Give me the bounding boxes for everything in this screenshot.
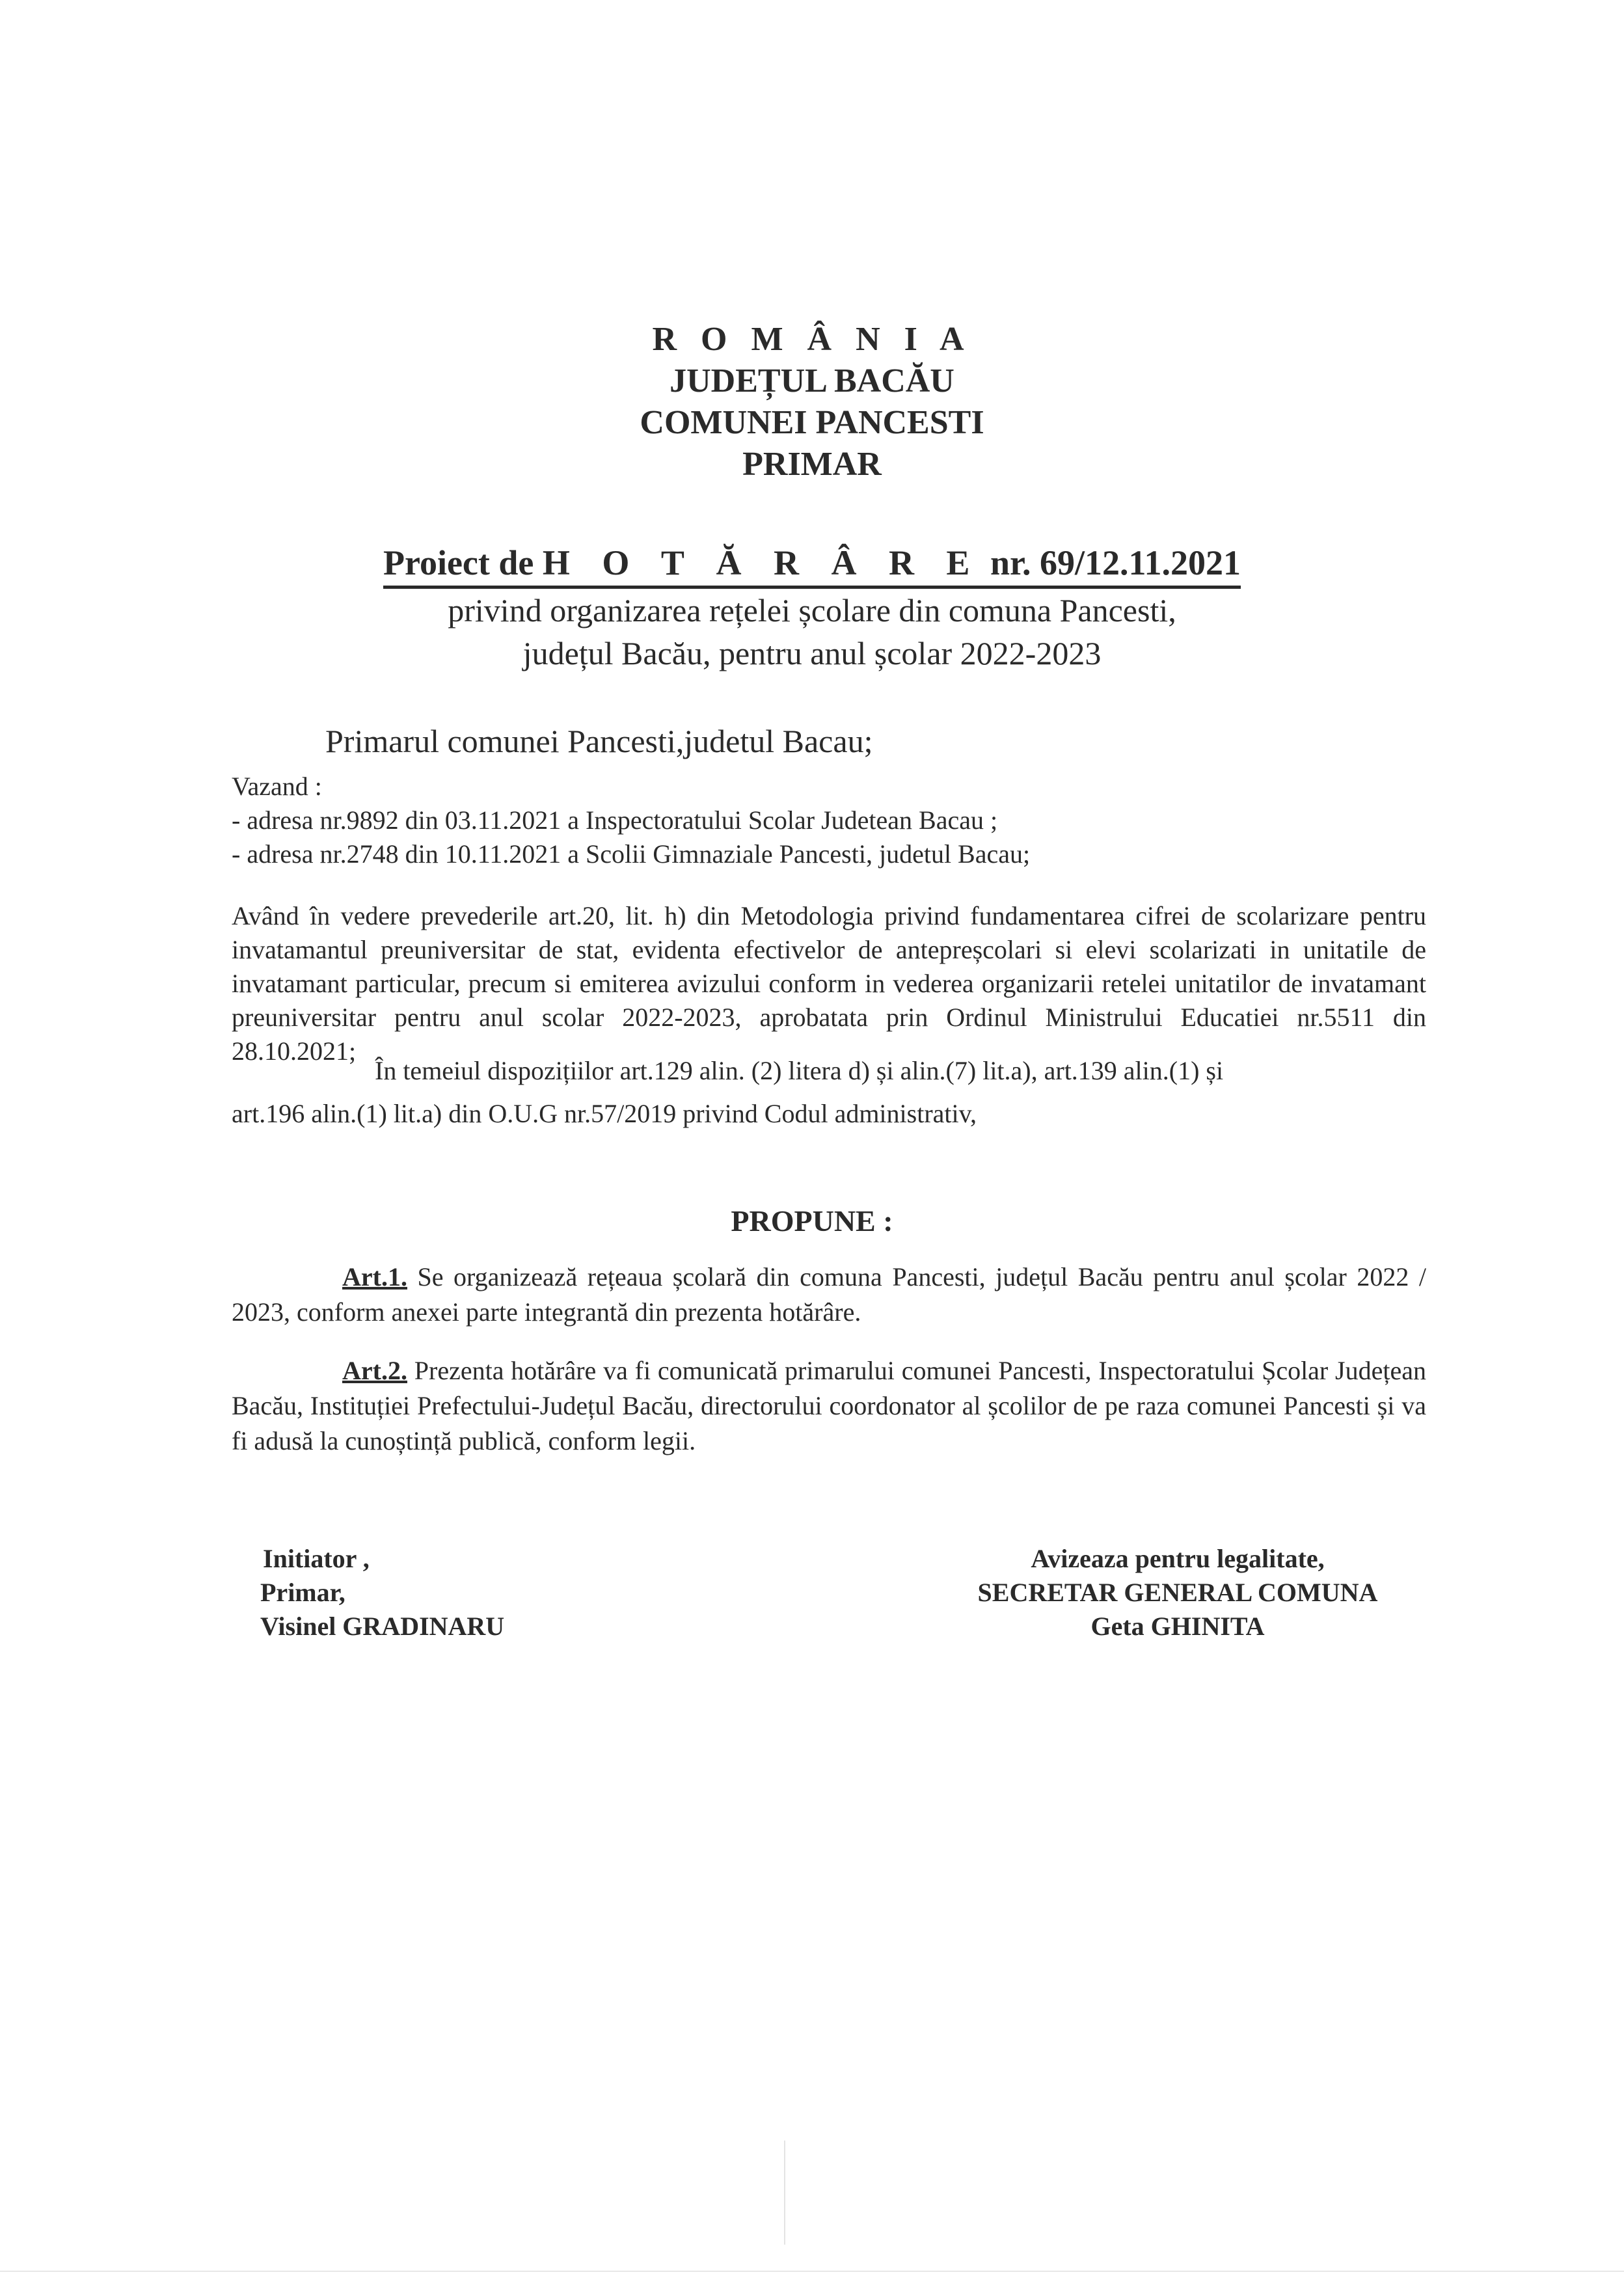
article-1: Art.1. Se organizează rețeaua școlară di… [232, 1260, 1426, 1330]
mayor-line: Primarul comunei Pancesti,judetul Bacau; [325, 722, 873, 760]
article-1-text: Se organizează rețeaua școlară din comun… [232, 1262, 1426, 1327]
temeiul-line-2: art.196 alin.(1) lit.a) din O.U.G nr.57/… [232, 1097, 1426, 1131]
signature-left-name: Visinel GRADINARU [260, 1610, 504, 1643]
subtitle-line-1: privind organizarea rețelei școlare din … [0, 589, 1624, 632]
scan-edge [0, 2271, 1624, 2272]
header-country: R O M Â N I A [0, 319, 1624, 360]
subtitle-line-2: județul Bacău, pentru anul școlar 2022-2… [0, 632, 1624, 675]
title-word: H O T Ă R Â R E [543, 543, 982, 582]
temeiul-line-1: În temeiul dispozițiilor art.129 alin. (… [232, 1054, 1426, 1088]
vazand-section: Vazand : - adresa nr.9892 din 03.11.2021… [232, 770, 1426, 871]
signature-left-role: Initiator , [260, 1542, 504, 1576]
header-commune: COMUNEI PANCESTI [0, 402, 1624, 444]
avand-paragraph: Având în vedere prevederile art.20, lit.… [232, 899, 1426, 1068]
signature-left-title: Primar, [260, 1576, 504, 1610]
vazand-item: - adresa nr.9892 din 03.11.2021 a Inspec… [232, 804, 1426, 837]
header-office: PRIMAR [0, 444, 1624, 485]
scan-artifact [784, 2141, 785, 2245]
signature-right-name: Geta GHINITA [898, 1610, 1457, 1643]
vazand-label: Vazand : [232, 770, 1426, 804]
signature-right-role: Avizeaza pentru legalitate, [898, 1542, 1457, 1576]
document-header: R O M Â N I A JUDEȚUL BACĂU COMUNEI PANC… [0, 319, 1624, 485]
header-county: JUDEȚUL BACĂU [0, 360, 1624, 402]
title-number: nr. 69/12.11.2021 [981, 543, 1241, 582]
signature-initiator: Initiator , Primar, Visinel GRADINARU [260, 1542, 504, 1643]
signature-secretary: Avizeaza pentru legalitate, SECRETAR GEN… [898, 1542, 1457, 1643]
document-title: Proiect de H O T Ă R Â R E nr. 69/12.11.… [383, 540, 1241, 589]
document-page: R O M Â N I A JUDEȚUL BACĂU COMUNEI PANC… [0, 0, 1624, 2283]
article-2-text: Prezenta hotărâre va fi comunicată prima… [232, 1356, 1426, 1455]
title-block: Proiect de H O T Ă R Â R E nr. 69/12.11.… [0, 540, 1624, 675]
title-prefix: Proiect de [383, 543, 543, 582]
article-1-label: Art.1. [342, 1262, 407, 1291]
vazand-item: - adresa nr.2748 din 10.11.2021 a Scolii… [232, 837, 1426, 871]
article-2-label: Art.2. [342, 1356, 407, 1385]
propune-heading: PROPUNE : [0, 1204, 1624, 1238]
signature-right-title: SECRETAR GENERAL COMUNA [898, 1576, 1457, 1610]
article-2: Art.2. Prezenta hotărâre va fi comunicat… [232, 1353, 1426, 1459]
temeiul-section: În temeiul dispozițiilor art.129 alin. (… [232, 1054, 1426, 1131]
